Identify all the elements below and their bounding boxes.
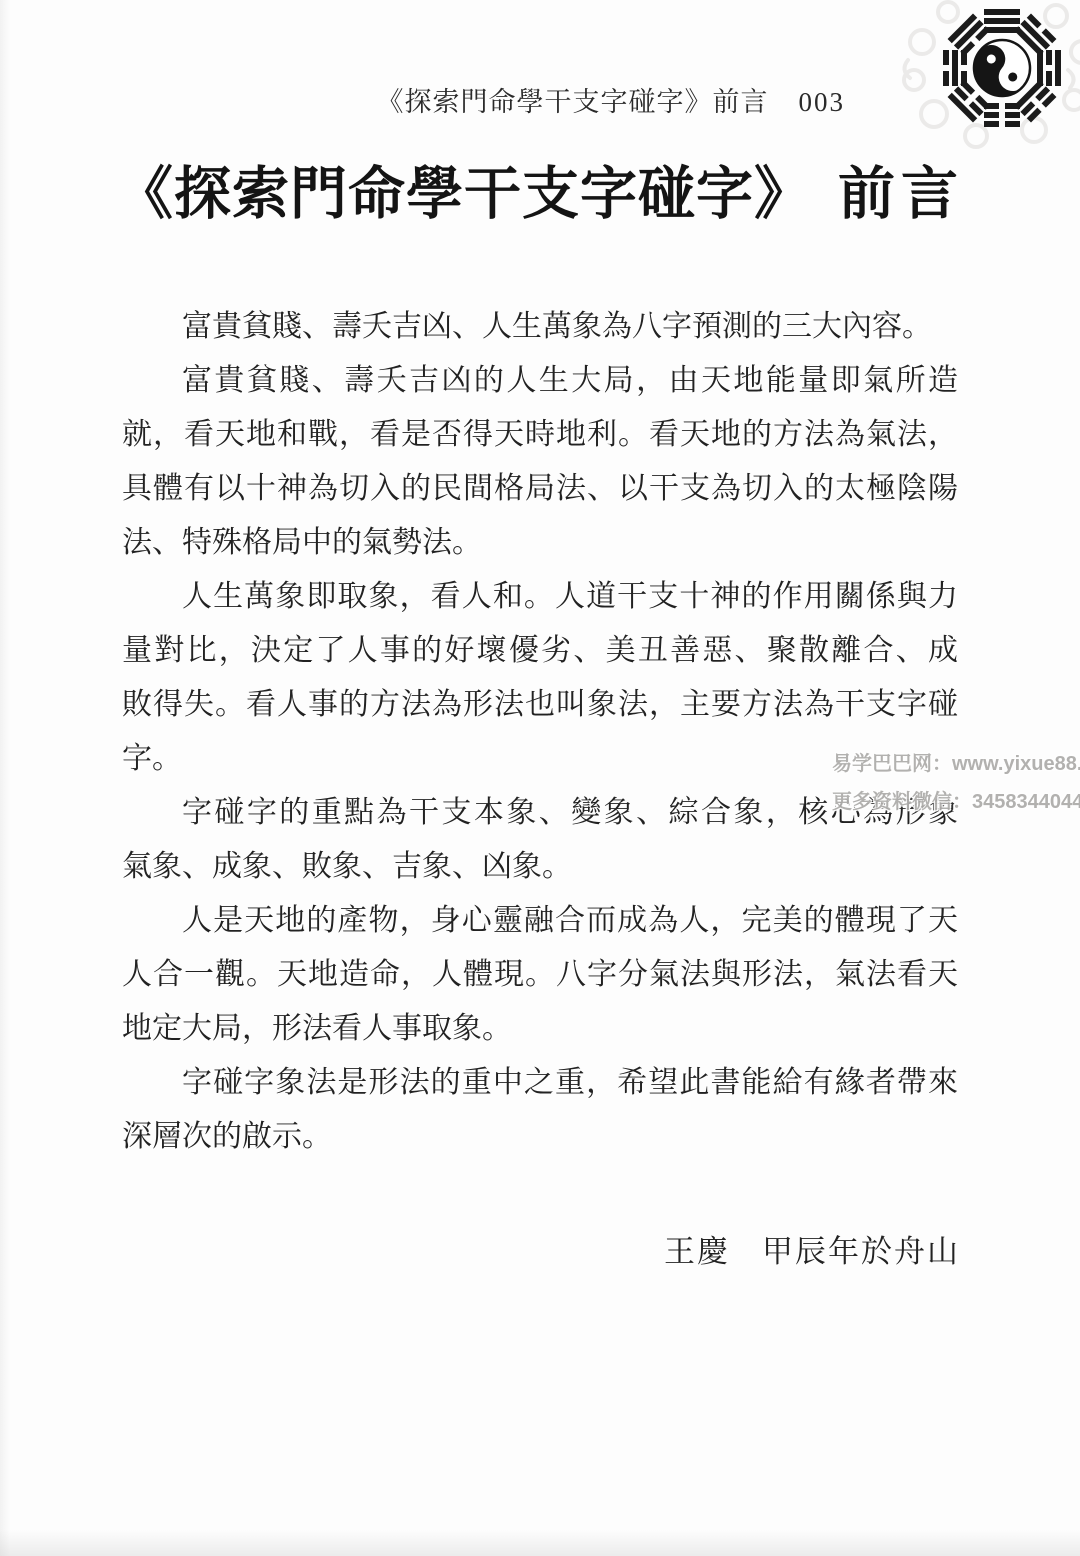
- body-line: 人是天地的產物，身心靈融合而成為人，完美的體現了天: [122, 894, 958, 948]
- body-text: 富貴貧賤、壽夭吉凶、人生萬象為八字預測的三大內容。富貴貧賤、壽夭吉凶的人生大局，…: [122, 300, 958, 1164]
- page-title: 《探索門命學干支字碰字》前言: [0, 148, 1080, 230]
- body-line: 具體有以十神為切入的民間格局法、以干支為切入的太極陰陽: [122, 462, 958, 516]
- body-line: 人合一觀。天地造命，人體現。八字分氣法與形法，氣法看天: [122, 948, 958, 1002]
- paragraph: 富貴貧賤、壽夭吉凶的人生大局，由天地能量即氣所造就，看天地和戰，看是否得天時地利…: [122, 354, 958, 570]
- body-line: 富貴貧賤、壽夭吉凶的人生大局，由天地能量即氣所造: [122, 354, 958, 408]
- running-header-title: 《探索門命學干支字碰字》前言: [377, 87, 769, 117]
- body-line: 人生萬象即取象，看人和。人道干支十神的作用關係與力: [122, 570, 958, 624]
- author-name: 王慶: [664, 1234, 730, 1269]
- body-line: 法、特殊格局中的氣勢法。: [122, 516, 958, 570]
- body-line: 深層次的啟示。: [122, 1110, 958, 1164]
- page-bottom-shadow: [0, 1530, 1080, 1556]
- body-line: 敗得失。看人事的方法為形法也叫象法，主要方法為干支字碰: [122, 678, 958, 732]
- signature-date-place: 甲辰年於舟山: [762, 1234, 960, 1269]
- bagua-taiji-icon: [888, 0, 1080, 150]
- body-line: 字碰字的重點為干支本象、變象、綜合象，核心為形象: [122, 786, 958, 840]
- body-line: 氣象、成象、敗象、吉象、凶象。: [122, 840, 958, 894]
- paragraph: 人生萬象即取象，看人和。人道干支十神的作用關係與力量對比，決定了人事的好壞優劣、…: [122, 570, 958, 786]
- page-left-shadow: [0, 0, 10, 1556]
- body-line: 量對比，決定了人事的好壞優劣、美丑善惡、聚散離合、成: [122, 624, 958, 678]
- section-title: 前言: [838, 163, 964, 226]
- paragraph: 富貴貧賤、壽夭吉凶、人生萬象為八字預測的三大內容。: [122, 300, 958, 354]
- body-line: 富貴貧賤、壽夭吉凶、人生萬象為八字預測的三大內容。: [122, 300, 958, 354]
- page-number: 003: [799, 87, 846, 117]
- paragraph: 字碰字的重點為干支本象、變象、綜合象，核心為形象氣象、成象、敗象、吉象、凶象。: [122, 786, 958, 894]
- paragraph: 字碰字象法是形法的重中之重，希望此書能給有緣者帶來深層次的啟示。: [122, 1056, 958, 1164]
- body-line: 字碰字象法是形法的重中之重，希望此書能給有緣者帶來: [122, 1056, 958, 1110]
- book-title: 《探索門命學干支字碰字》: [116, 163, 812, 226]
- signature: 王慶甲辰年於舟山: [664, 1226, 960, 1271]
- running-header: 《探索門命學干支字碰字》前言003: [377, 80, 846, 119]
- paragraph: 人是天地的產物，身心靈融合而成為人，完美的體現了天人合一觀。天地造命，人體現。八…: [122, 894, 958, 1056]
- body-line: 就，看天地和戰，看是否得天時地利。看天地的方法為氣法，: [122, 408, 958, 462]
- body-line: 地定大局，形法看人事取象。: [122, 1002, 958, 1056]
- book-page: 《探索門命學干支字碰字》前言003 《探索門命學干支字碰字》前言 富貴貧賤、壽夭…: [0, 0, 1080, 1556]
- body-line: 字。: [122, 732, 958, 786]
